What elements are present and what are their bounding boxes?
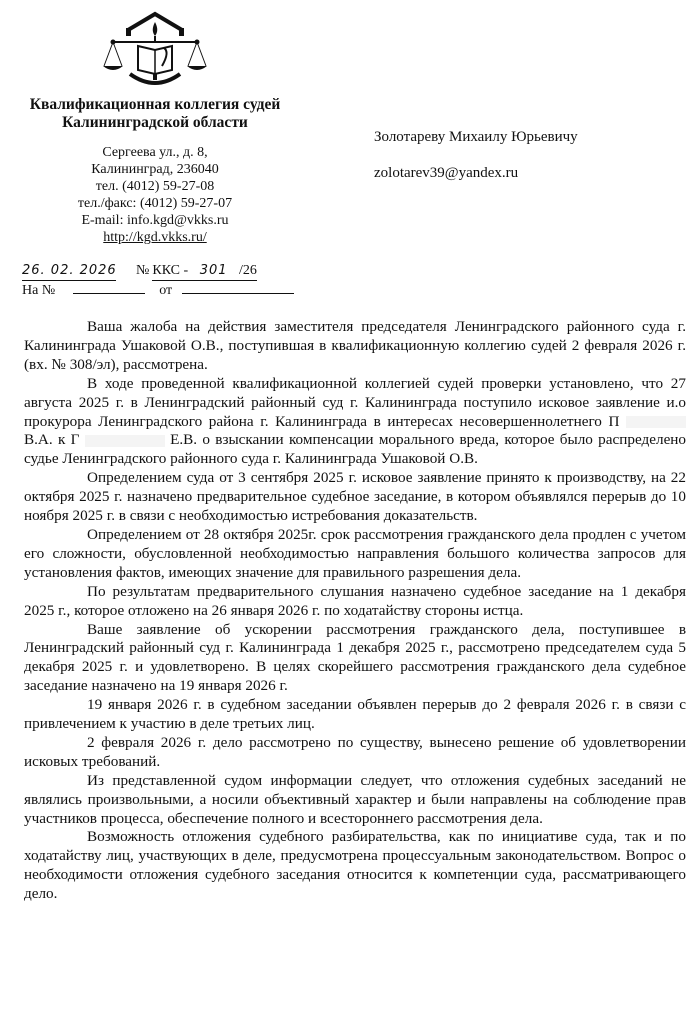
org-email: E-mail: info.kgd@vkks.ru <box>20 212 290 229</box>
paragraph-4: Определением от 28 октября 2025г. срок р… <box>24 526 686 583</box>
scales-book-emblem-icon <box>100 8 210 88</box>
org-name-line1: Квалификационная коллегия судей <box>20 96 290 114</box>
paragraph-5: По результатам предварительного слушания… <box>24 583 686 621</box>
address-street: Сергеева ул., д. 8, <box>20 144 290 161</box>
address-city: Калининград, 236040 <box>20 161 290 178</box>
redacted-name <box>85 435 165 447</box>
in-reply-label: На № <box>22 282 55 300</box>
number-suffix: /26 <box>239 263 257 278</box>
paragraph-3: Определением суда от 3 сентября 2025 г. … <box>24 469 686 526</box>
number-prefix: ККС - <box>152 263 188 278</box>
registration-number: ККС - 301 /26 <box>152 262 257 281</box>
letterhead: Квалификационная коллегия судей Калининг… <box>20 0 290 246</box>
paragraph-9: Из представленной судом информации следу… <box>24 772 686 829</box>
redacted-name <box>626 416 686 428</box>
website-link[interactable]: http://kgd.vkks.ru/ <box>103 230 206 245</box>
number-label: № <box>136 262 149 280</box>
phone: тел. (4012) 59-27-08 <box>20 178 290 195</box>
recipient-email: zolotarev39@yandex.ru <box>374 164 578 182</box>
in-reply-number-field <box>73 281 145 294</box>
paragraph-1: Ваша жалоба на действия заместителя пред… <box>24 318 686 375</box>
org-name-line2: Калининградской области <box>20 114 290 132</box>
paragraph-7: 19 января 2026 г. в судебном заседании о… <box>24 696 686 734</box>
registration-block: 26. 02. 2026 № ККС - 301 /26 На № от <box>22 262 294 300</box>
fax: тел./факс: (4012) 59-27-07 <box>20 195 290 212</box>
recipient-block: Золотареву Михаилу Юрьевичу zolotarev39@… <box>374 128 578 182</box>
registration-date: 26. 02. 2026 <box>22 262 116 281</box>
from-label: от <box>159 282 172 300</box>
letter-body: Ваша жалоба на действия заместителя пред… <box>24 318 686 904</box>
in-reply-date-field <box>182 281 294 294</box>
paragraph-8: 2 февраля 2026 г. дело рассмотрено по су… <box>24 734 686 772</box>
number-handwritten: 301 <box>200 263 228 278</box>
paragraph-10: Возможность отложения судебного разбират… <box>24 828 686 904</box>
paragraph-6: Ваше заявление об ускорении рассмотрения… <box>24 621 686 697</box>
org-name: Квалификационная коллегия судей Калининг… <box>20 96 290 132</box>
recipient-name: Золотареву Михаилу Юрьевичу <box>374 128 578 146</box>
org-contacts: Сергеева ул., д. 8, Калининград, 236040 … <box>20 144 290 246</box>
paragraph-2: В ходе проведенной квалификационной колл… <box>24 375 686 470</box>
